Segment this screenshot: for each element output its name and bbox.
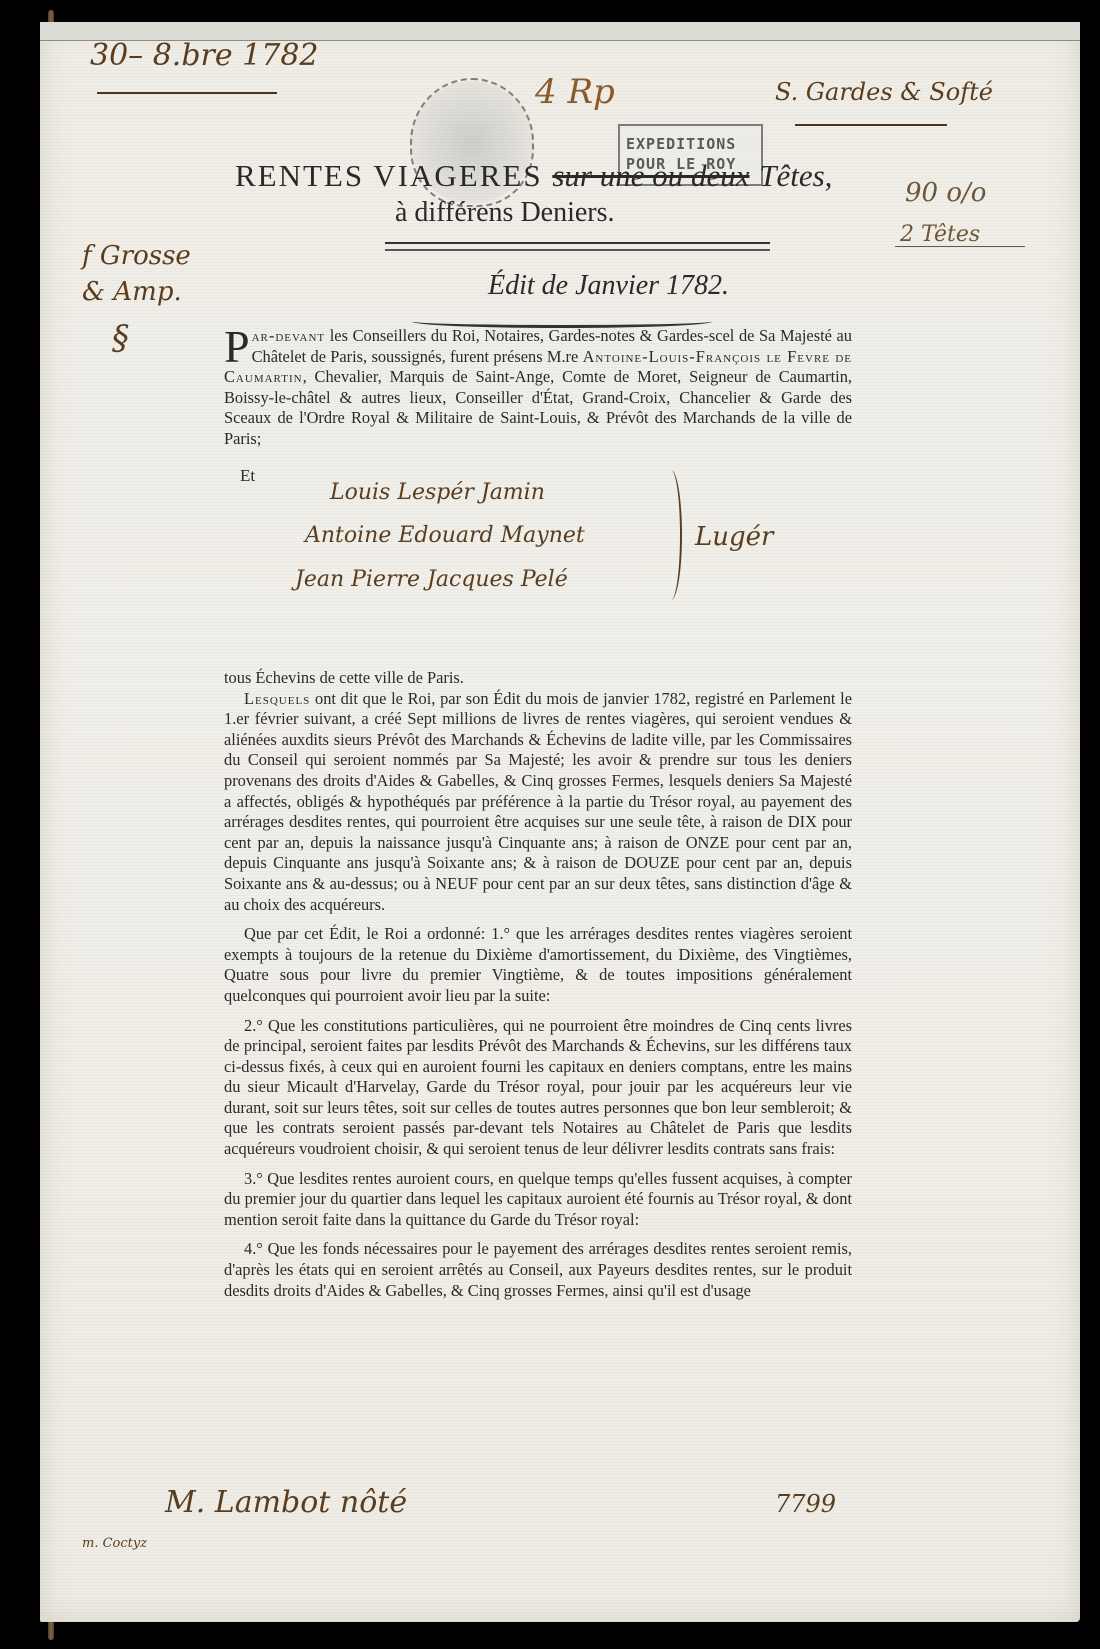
handwritten-gardes-note: S. Gardes & Softé [775,78,993,106]
corner-note: m. Coctyz [82,1536,147,1551]
date-underline [97,92,277,94]
signature-2: Antoine Edouard Maynet [305,523,585,548]
document-number: 7799 [775,1490,836,1518]
subtitle-prefix: à différens [395,197,513,228]
handwritten-left-margin-note: f Grosse & Amp. [82,238,222,310]
document-subtitle: à différens Deniers. [395,197,615,229]
paragraph-echevins: tous Échevins de cette ville de Paris. [224,668,852,689]
two-heads-underline [895,246,1025,247]
signature-brace [660,470,682,600]
handwritten-two-heads: 2 Têtes [900,222,980,247]
stamp-line-1: EXPEDITIONS [626,134,755,154]
drop-cap: P [224,328,250,366]
paragraph-2: 2.° Que les constitutions particulières,… [224,1016,852,1160]
intro-text-2: , Chevalier, Marquis de Saint-Ange, Comt… [224,367,852,448]
document-title: RENTES VIAGERES sur une ou deux Têtes, [235,158,832,194]
intro-paragraph: Par-devant les Conseillers du Roi, Notai… [224,326,852,450]
title-caps: RENTES VIAGERES [235,158,543,193]
notary-signature: M. Lambot nôté [165,1485,407,1520]
paragraph-1: Que par cet Édit, le Roi a ordonné: 1.° … [224,924,852,1006]
signature-4: Lugér [695,522,773,552]
lesquels-text: ont dit que le Roi, par son Édit du mois… [224,689,852,914]
handwritten-flourish-icon: § [112,318,129,358]
main-body: tous Échevins de cette ville de Paris. L… [224,668,852,1301]
et-label: Et [240,466,255,486]
signature-3: Jean Pierre Jacques Pelé [295,567,568,592]
subtitle-text: Deniers. [520,197,614,228]
handwritten-top-mark: 4 Rp [535,72,615,112]
handwritten-date: 30– 8.bre 1782 [90,38,319,73]
handwritten-rate: 90 o/o [905,178,986,208]
edict-heading: Édit de Janvier 1782. [488,270,729,302]
title-rule [385,242,770,251]
paragraph-3: 3.° Que lesdites rentes auroient cours, … [224,1169,852,1231]
signature-1: Louis Lespér Jamin [330,480,545,505]
intro-lead: ar-devant [252,326,326,345]
title-end: Têtes, [759,158,832,193]
lesquels-lead: Lesquels [244,689,310,708]
title-struck-phrase: sur une ou deux [552,158,749,193]
gardes-underline [795,124,947,126]
paragraph-4: 4.° Que les fonds nécessaires pour le pa… [224,1239,852,1301]
paragraph-lesquels: Lesquels ont dit que le Roi, par son Édi… [224,689,852,916]
